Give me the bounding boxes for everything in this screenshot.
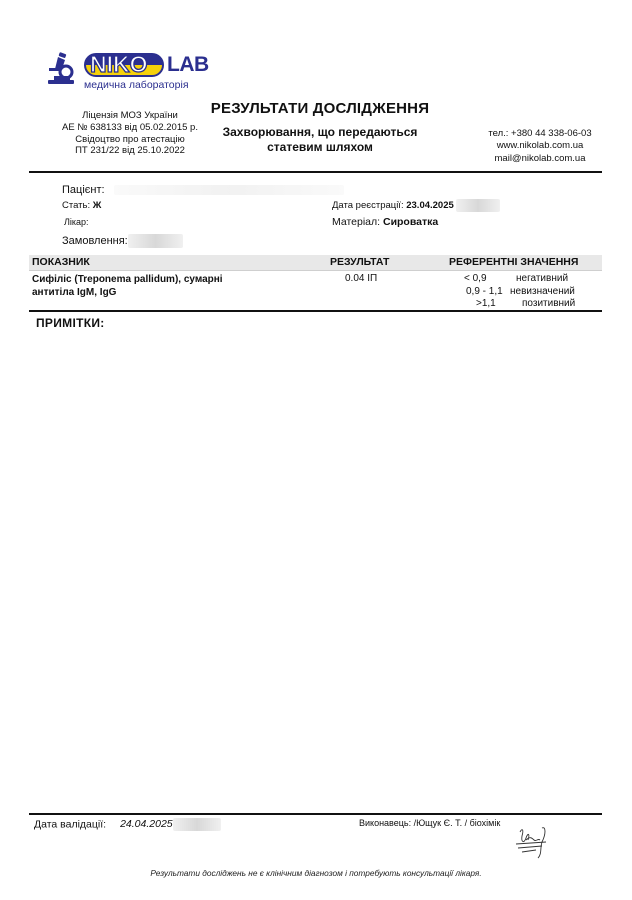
registration-date: 23.04.2025 bbox=[406, 200, 454, 211]
signature-icon bbox=[512, 826, 556, 860]
subtitle-line: статевим шляхом bbox=[200, 140, 440, 155]
indicator-name: антитіла IgM, IgG bbox=[32, 286, 223, 299]
logo-name: NIKO bbox=[90, 51, 148, 77]
microscope-icon bbox=[46, 52, 78, 86]
redacted-order-number bbox=[128, 234, 183, 248]
doctor-label: Лікар: bbox=[64, 217, 89, 227]
sex-label: Стать: bbox=[62, 200, 90, 211]
doctor-field: Лікар: bbox=[64, 217, 89, 227]
email-link[interactable]: mail@nikolab.com.ua bbox=[455, 153, 625, 165]
header-divider bbox=[29, 171, 602, 173]
reference-range: 0,9 - 1,1 bbox=[466, 286, 503, 299]
reference-meaning: невизначений bbox=[510, 286, 575, 299]
logo-tagline: медична лабораторія bbox=[84, 79, 189, 91]
registration-label: Дата реєстрації: bbox=[332, 200, 404, 211]
redacted-validation-time bbox=[173, 818, 221, 831]
validation-label: Дата валідації: bbox=[34, 818, 106, 830]
registration-field: Дата реєстрації: 23.04.2025 bbox=[332, 199, 500, 212]
subtitle-line: Захворювання, що передаються bbox=[200, 125, 440, 140]
material-field: Матеріал: Сироватка bbox=[332, 216, 438, 228]
patient-label: Пацієнт: bbox=[62, 184, 105, 196]
nikolab-logo: NIKO LAB медична лабораторія bbox=[46, 50, 196, 92]
reference-row: >1,1 позитивний bbox=[462, 298, 602, 311]
reference-meaning: позитивний bbox=[522, 298, 575, 311]
website-link[interactable]: www.nikolab.com.ua bbox=[455, 140, 625, 152]
column-header-result: РЕЗУЛЬТАТ bbox=[330, 256, 389, 268]
order-label: Замовлення: bbox=[62, 235, 128, 247]
table-divider bbox=[29, 310, 602, 312]
redacted-patient-name bbox=[114, 185, 344, 195]
phone: тел.: +380 44 338-06-03 bbox=[455, 128, 625, 140]
order-field: Замовлення: bbox=[62, 234, 183, 248]
column-header-reference: РЕФЕРЕНТНІ ЗНАЧЕННЯ bbox=[449, 256, 578, 268]
indicator-name: Сифіліс (Treponema pallidum), сумарні bbox=[32, 273, 223, 286]
sex-field: Стать: Ж bbox=[62, 200, 101, 211]
reference-range: >1,1 bbox=[476, 298, 496, 311]
sex-value: Ж bbox=[93, 200, 102, 211]
validation-date: 24.04.2025 bbox=[120, 818, 173, 830]
logo-suffix: LAB bbox=[167, 53, 209, 77]
reference-meaning: негативний bbox=[516, 273, 568, 286]
validation-field: Дата валідації:24.04.2025 bbox=[34, 818, 221, 831]
material-value: Сироватка bbox=[383, 216, 438, 228]
notes-heading: ПРИМІТКИ: bbox=[36, 316, 105, 330]
redacted-registration-time bbox=[456, 199, 500, 212]
material-label: Матеріал: bbox=[332, 216, 380, 228]
patient-field: Пацієнт: bbox=[62, 184, 344, 196]
document-subtitle: Захворювання, що передаються статевим шл… bbox=[200, 125, 440, 155]
footer-divider bbox=[29, 813, 602, 815]
disclaimer: Результати досліджень не є клінічним діа… bbox=[0, 868, 632, 878]
reference-row: < 0,9 негативний bbox=[462, 273, 602, 286]
table-row-indicator: Сифіліс (Treponema pallidum), сумарні ан… bbox=[32, 273, 223, 299]
reference-range: < 0,9 bbox=[464, 273, 487, 286]
contact-info: тел.: +380 44 338-06-03 www.nikolab.com.… bbox=[455, 128, 625, 165]
result-value: 0.04 IП bbox=[345, 273, 377, 284]
column-header-indicator: ПОКАЗНИК bbox=[32, 256, 90, 268]
reference-row: 0,9 - 1,1 невизначений bbox=[462, 286, 602, 299]
executor: Виконавець: /Ющук Є. Т. / біохімік bbox=[359, 818, 500, 828]
document-title: РЕЗУЛЬТАТИ ДОСЛІДЖЕННЯ bbox=[200, 100, 440, 117]
reference-values: < 0,9 негативний 0,9 - 1,1 невизначений … bbox=[462, 273, 602, 311]
